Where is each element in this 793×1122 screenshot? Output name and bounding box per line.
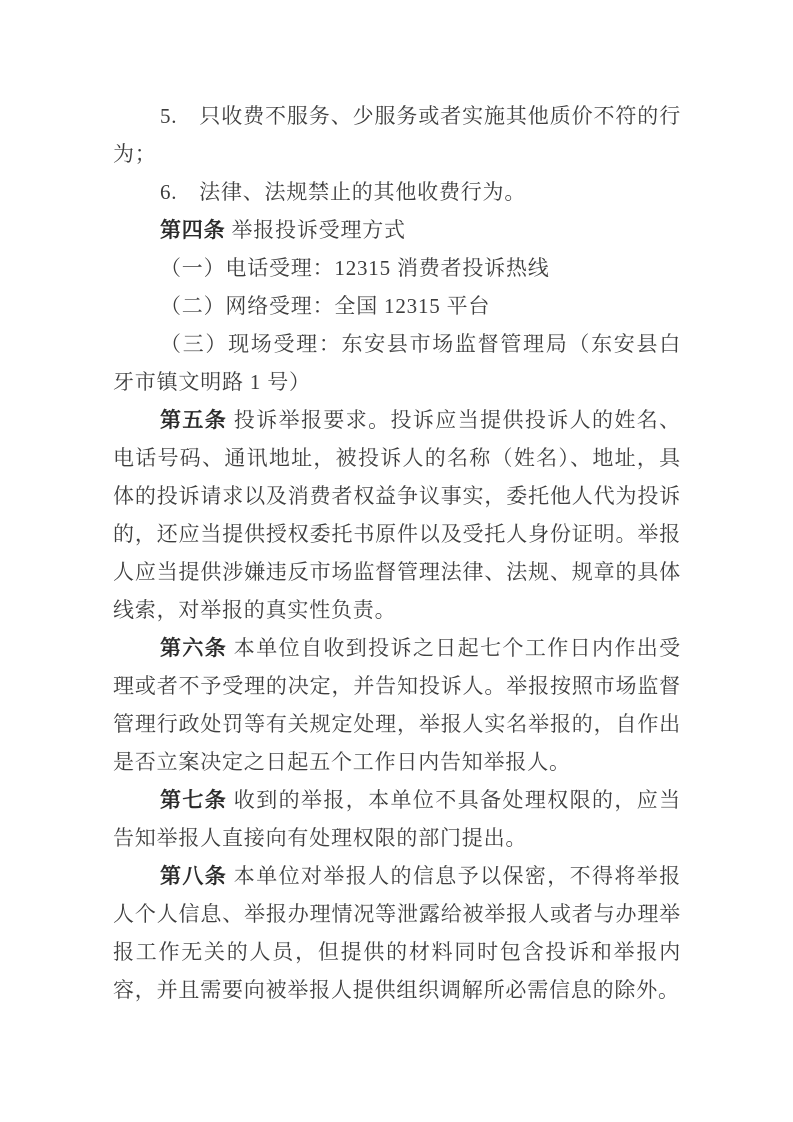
article-8: 第八条 本单位对举报人的信息予以保密，不得将举报人个人信息、举报办理情况等泄露给…	[113, 857, 681, 1009]
list-item-5: 5. 只收费不服务、少服务或者实施其他质价不符的行为；	[113, 97, 681, 173]
list-item-6: 6. 法律、法规禁止的其他收费行为。	[113, 173, 681, 211]
article-number: 第八条	[160, 864, 227, 888]
paragraph-text: 举报投诉受理方式	[225, 218, 405, 242]
article-number: 第七条	[160, 788, 227, 812]
paragraph-text: 投诉举报要求。投诉应当提供投诉人的姓名、电话号码、通讯地址，被投诉人的名称（姓名…	[113, 408, 681, 622]
article-7: 第七条 收到的举报，本单位不具备处理权限的，应当告知举报人直接向有处理权限的部门…	[113, 781, 681, 857]
paragraph-text: （一）电话受理：12315 消费者投诉热线	[160, 256, 550, 280]
acceptance-method-online: （二）网络受理：全国 12315 平台	[113, 287, 681, 325]
paragraph-text: （二）网络受理：全国 12315 平台	[160, 294, 490, 318]
acceptance-method-phone: （一）电话受理：12315 消费者投诉热线	[113, 249, 681, 287]
article-6: 第六条 本单位自收到投诉之日起七个工作日内作出受理或者不予受理的决定，并告知投诉…	[113, 629, 681, 781]
paragraph-text: 5. 只收费不服务、少服务或者实施其他质价不符的行为；	[113, 104, 681, 166]
article-5: 第五条 投诉举报要求。投诉应当提供投诉人的姓名、电话号码、通讯地址，被投诉人的名…	[113, 401, 681, 629]
paragraph-text: 6. 法律、法规禁止的其他收费行为。	[160, 180, 526, 204]
article-number: 第五条	[160, 408, 227, 432]
article-number: 第四条	[160, 218, 225, 242]
article-number: 第六条	[160, 636, 227, 660]
acceptance-method-onsite: （三）现场受理：东安县市场监督管理局（东安县白牙市镇文明路 1 号）	[113, 325, 681, 401]
paragraph-text: （三）现场受理：东安县市场监督管理局（东安县白牙市镇文明路 1 号）	[113, 332, 681, 394]
document-page: 5. 只收费不服务、少服务或者实施其他质价不符的行为； 6. 法律、法规禁止的其…	[0, 0, 793, 1122]
article-4-heading: 第四条 举报投诉受理方式	[113, 211, 681, 249]
